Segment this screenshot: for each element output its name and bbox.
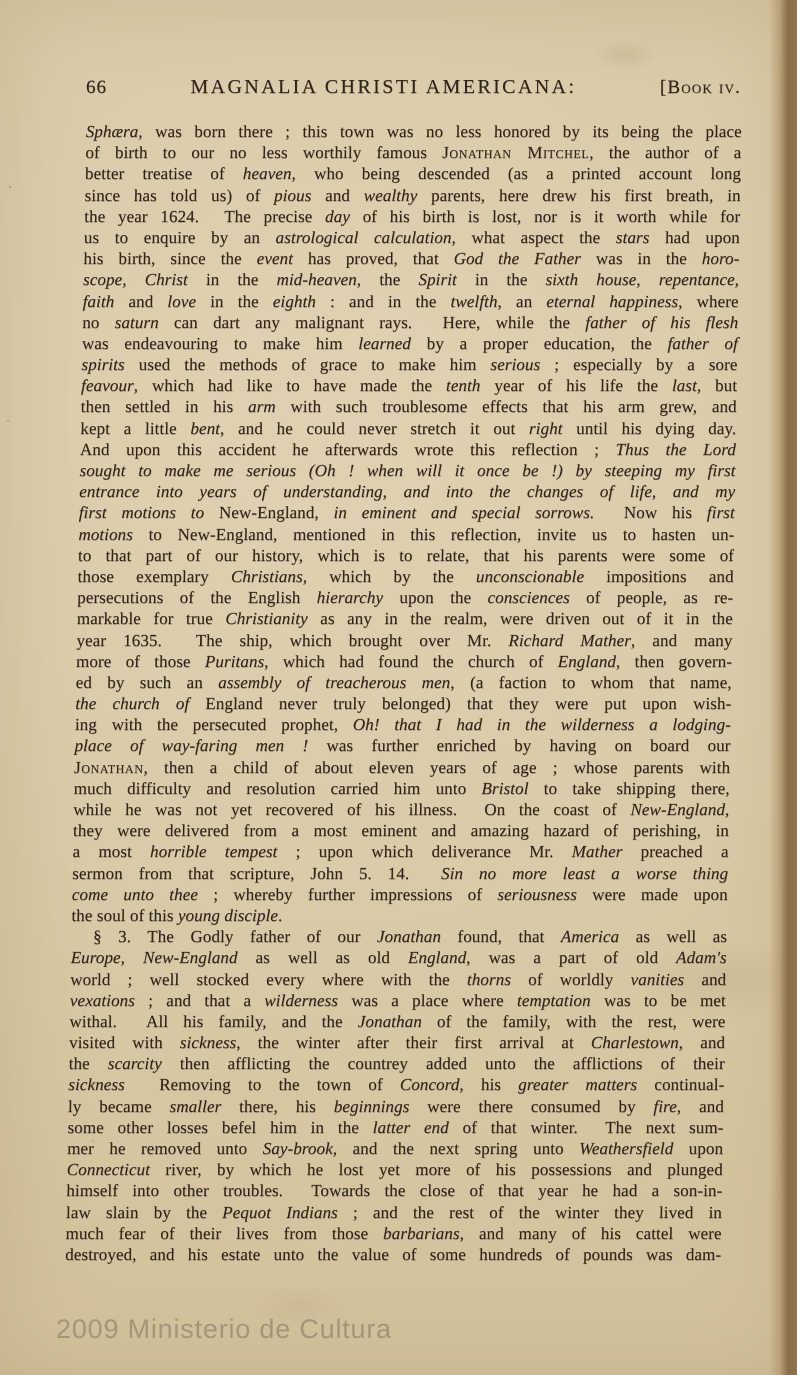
text-segment: impositions and — [584, 567, 734, 586]
text-line: place of way-faring men ! was further en… — [74, 735, 730, 756]
text-segment-i: love — [167, 292, 196, 311]
text-segment: was in the — [581, 249, 702, 268]
text-segment: visited with — [69, 1033, 180, 1052]
text-segment: , then govern- — [616, 652, 732, 671]
text-segment: in the — [457, 270, 546, 289]
text-segment: , and many of his cattel were — [460, 1224, 722, 1243]
text-segment: ; and the rest of the winter they lived … — [338, 1203, 722, 1222]
text-segment: New-England, — [204, 503, 334, 522]
text-line: markable for true Christianity as any in… — [77, 608, 733, 629]
text-segment-i: horo- — [702, 249, 740, 268]
text-segment-i: scope, Christ — [83, 270, 188, 289]
text-segment-i: astrological calculation — [275, 228, 451, 247]
text-segment: of worldly — [511, 970, 631, 989]
text-segment: , (a faction to whom that name, — [450, 673, 732, 692]
text-line: world ; well stocked every where with th… — [70, 969, 726, 990]
text-segment: , and — [677, 1097, 724, 1116]
text-segment-i: smaller — [169, 1097, 221, 1116]
text-segment: , the winter after their first arrival a… — [236, 1033, 591, 1052]
text-segment: , and the next spring unto — [333, 1139, 580, 1158]
text-segment: world ; well stocked every where with th… — [70, 970, 467, 989]
page-body: Sphæra, was born there ; this town was n… — [65, 121, 742, 1265]
text-line: ly became smaller there, his beginnings … — [68, 1096, 724, 1117]
text-line: first motions to New-England, in eminent… — [79, 502, 735, 523]
text-segment-i: unconscionable — [476, 567, 584, 586]
text-segment: by a proper education, the — [411, 334, 668, 353]
text-segment-i: Christianity — [225, 609, 308, 628]
text-segment-i: pious — [274, 186, 312, 205]
text-segment-i: temptation — [517, 991, 591, 1010]
text-segment: in the — [196, 292, 273, 311]
text-segment: were there consumed by — [409, 1097, 653, 1116]
text-segment-i: thorns — [467, 970, 511, 989]
text-line: to that part of our history, which is to… — [78, 545, 734, 566]
text-segment: there, his — [221, 1097, 334, 1116]
text-line: kept a little bent, and he could never s… — [80, 418, 736, 439]
text-segment-i: beginnings — [334, 1097, 410, 1116]
text-segment: of his birth is lost, nor is it worth wh… — [350, 207, 741, 226]
text-segment: , who being descended (as a printed acco… — [291, 164, 741, 183]
text-segment: until his dying day. — [562, 419, 736, 438]
text-segment: ; whereby further impressions of — [198, 885, 498, 904]
text-line: feavour, which had like to have made the… — [81, 375, 737, 396]
text-segment: , and he could never stretch it out — [220, 419, 529, 438]
text-segment-i: Europe, New-England — [70, 948, 237, 967]
text-segment: , which had found the church of — [264, 652, 558, 671]
text-segment: , was a part of old — [466, 948, 676, 967]
watermark-text: 2009 Ministerio de Cultura — [56, 1314, 392, 1345]
text-segment-i: Spirit — [418, 270, 457, 289]
text-line: spirits used the methods of grace to mak… — [81, 354, 737, 375]
text-segment: his birth, since the — [83, 249, 257, 268]
text-segment: those exemplary — [77, 567, 231, 586]
text-segment: in the — [188, 270, 277, 289]
text-segment: us to enquire by an — [84, 228, 276, 247]
text-segment: of birth to our no less worthily famous — [85, 143, 442, 162]
text-segment: law slain by the — [66, 1203, 223, 1222]
text-segment: , where — [678, 292, 739, 311]
text-segment: and — [684, 970, 726, 989]
text-line: sought to make me serious (Oh ! when wil… — [79, 460, 735, 481]
text-line: destroyed, and his estate unto the value… — [65, 1244, 721, 1265]
text-segment: persecutions of the English — [77, 588, 317, 607]
book-page: 66 MAGNALIA CHRISTI AMERICANA: [Book iv.… — [0, 0, 797, 1375]
text-segment-i: Jonathan — [377, 927, 441, 946]
text-line: Jonathan, then a child of about eleven y… — [74, 757, 730, 778]
text-line: no saturn can dart any malignant rays. H… — [82, 312, 738, 333]
text-line: law slain by the Pequot Indians ; and th… — [66, 1202, 722, 1223]
text-segment-i: event — [257, 249, 294, 268]
text-line: while he was not yet recovered of his il… — [73, 799, 729, 820]
page-number: 66 — [86, 77, 107, 99]
text-segment: , was born there ; this town was no less… — [138, 122, 742, 141]
text-segment: as any in the realm, were driven out of … — [308, 609, 733, 628]
text-line: they were delivered from a most eminent … — [73, 820, 729, 841]
text-segment: then settled in his — [81, 397, 249, 416]
text-segment: more of those — [76, 652, 205, 671]
text-segment: river, by which he lost yet more of his … — [150, 1160, 723, 1179]
text-segment-i: place of way-faring men ! — [74, 736, 308, 755]
text-segment: ; and that a — [135, 991, 265, 1010]
text-segment-i: right — [529, 419, 563, 438]
running-title: MAGNALIA CHRISTI AMERICANA: — [190, 76, 576, 99]
text-segment-i: wealthy — [364, 186, 418, 205]
text-segment-i: hierarchy — [317, 588, 384, 607]
text-segment-i: Concord — [400, 1075, 460, 1094]
text-segment-i: first motions to — [79, 503, 205, 522]
text-segment: of the family, with the rest, were — [422, 1012, 726, 1031]
text-segment: ed by such an — [76, 673, 219, 692]
text-segment: , his — [459, 1075, 518, 1094]
text-segment-i: Jonathan — [358, 1012, 422, 1031]
text-line: much fear of their lives from those barb… — [65, 1223, 721, 1244]
text-segment-i: assembly of treacherous men — [218, 673, 451, 692]
text-segment: upon the — [383, 588, 488, 607]
text-segment-i: arm — [248, 397, 276, 416]
text-segment-i: repentance, — [659, 270, 740, 289]
text-line: faith and love in the eighth : and in th… — [83, 291, 739, 312]
text-segment: to take shipping there, — [528, 779, 730, 798]
text-segment: the year 1624. The precise — [84, 207, 325, 226]
text-segment-i: New-England — [630, 800, 725, 819]
text-segment-i: tenth — [446, 376, 481, 395]
text-line: sermon from that scripture, John 5. 14. … — [72, 863, 728, 884]
text-segment-i: greater matters — [518, 1075, 637, 1094]
text-segment-i: faith — [83, 292, 115, 311]
text-segment-i: serious — [490, 355, 540, 374]
text-segment: better treatise of — [85, 164, 243, 183]
book-label: [Book iv. — [660, 77, 741, 99]
text-segment-i: spirits — [81, 355, 125, 374]
text-segment: since has told us) of — [84, 186, 274, 205]
text-segment: : and in the — [316, 292, 451, 311]
text-segment: upon — [673, 1139, 723, 1158]
text-line: of birth to our no less worthily famous … — [85, 142, 741, 163]
text-line: since has told us) of pious and wealthy … — [84, 185, 740, 206]
text-segment-i: Adam's — [676, 948, 727, 967]
text-line: his birth, since the event has proved, t… — [83, 248, 739, 269]
text-segment-i: sixth house — [545, 270, 636, 289]
text-segment: and — [311, 186, 364, 205]
text-line: mer he removed unto Say-brook, and the n… — [67, 1138, 723, 1159]
text-segment: of people, as re- — [570, 588, 734, 607]
text-line: year 1635. The ship, which brought over … — [76, 630, 732, 651]
text-segment: year of his life the — [480, 376, 672, 395]
text-segment-sc: Jonathan Mitchel — [442, 143, 589, 162]
text-segment: , and many — [631, 631, 733, 650]
text-line: ing with the persecuted prophet, Oh! tha… — [75, 714, 731, 735]
text-segment: with such troublesome effects that his a… — [276, 397, 737, 416]
text-line: scope, Christ in the mid-heaven, the Spi… — [83, 269, 739, 290]
text-segment: can dart any malignant rays. Here, while… — [159, 313, 586, 332]
text-segment-i: father of his flesh — [585, 313, 738, 332]
text-segment-i: Sin no more least a worse thing — [441, 864, 728, 883]
text-segment: was endeavouring to make him — [82, 334, 359, 353]
text-line: the church of England never truly belong… — [75, 693, 731, 714]
text-segment-i: Say-brook — [263, 1139, 333, 1158]
text-segment: mer he removed unto — [67, 1139, 263, 1158]
text-segment-i: feavour — [81, 376, 134, 395]
text-segment-i: Connecticut — [67, 1160, 151, 1179]
text-segment-i: first — [707, 503, 735, 522]
text-segment: sermon from that scripture, John 5. 14. — [72, 864, 441, 883]
text-segment: , and — [679, 1033, 726, 1052]
text-segment-i: come unto thee — [72, 885, 199, 904]
text-segment-i: scarcity — [108, 1054, 162, 1073]
text-segment: had upon — [649, 228, 740, 247]
text-segment-i: entrance into years of understanding, an… — [79, 482, 735, 501]
text-segment-i: saturn — [115, 313, 159, 332]
text-segment-i: eternal happiness — [546, 292, 678, 311]
text-segment: , — [636, 270, 659, 289]
text-line: the year 1624. The precise day of his bi… — [84, 206, 740, 227]
text-segment: as well as old — [237, 948, 408, 967]
text-segment-i: seriousness — [497, 885, 577, 904]
text-line: then settled in his arm with such troubl… — [81, 396, 737, 417]
text-segment: ; especially by a sore — [540, 355, 738, 374]
text-segment-i: America — [561, 927, 620, 946]
text-line: sickness Removing to the town of Concord… — [68, 1074, 724, 1095]
text-segment: they were delivered from a most eminent … — [73, 821, 729, 840]
text-segment-i: horrible tempest — [150, 842, 278, 861]
text-segment-i: sickness — [68, 1075, 125, 1094]
text-segment: withal. All his family, and the — [69, 1012, 358, 1031]
text-segment: year 1635. The ship, which brought over … — [76, 631, 508, 650]
text-segment-i: Mather — [572, 842, 623, 861]
text-segment-i: young disciple — [178, 906, 278, 925]
text-line: visited with sickness, the winter after … — [69, 1032, 725, 1053]
text-segment: preached a — [622, 842, 729, 861]
text-segment: Now his — [594, 503, 707, 522]
text-segment: § 3. The Godly father of our — [93, 927, 377, 946]
text-line: persecutions of the English hierarchy up… — [77, 587, 733, 608]
text-segment-i: eighth — [273, 292, 316, 311]
page-header: 66 MAGNALIA CHRISTI AMERICANA: [Book iv. — [86, 76, 741, 99]
text-segment-i: Richard Mather — [508, 631, 631, 650]
text-segment-i: bent — [190, 419, 220, 438]
text-segment: then afflicting the countrey added unto … — [162, 1054, 725, 1073]
text-line: better treatise of heaven, who being des… — [85, 163, 741, 184]
text-line: vexations ; and that a wilderness was a … — [70, 990, 726, 1011]
text-segment-i: the church of — [75, 694, 189, 713]
text-segment: parents, here drew his first breath, in — [417, 186, 741, 205]
text-segment: found, that — [441, 927, 561, 946]
text-segment: ly became — [68, 1097, 170, 1116]
text-line: § 3. The Godly father of our Jonathan fo… — [71, 926, 727, 947]
text-segment: , what aspect the — [451, 228, 616, 247]
text-segment-i: England — [408, 948, 467, 967]
text-segment: , which had like to have made the — [134, 376, 447, 395]
text-segment-i: Pequot Indians — [222, 1203, 338, 1222]
page-edge-shadow — [769, 0, 797, 1375]
text-segment-i: in eminent and special sorrows. — [333, 503, 594, 522]
text-segment: was further enriched by having on board … — [308, 736, 731, 755]
text-segment-i: Oh! that I had in the wilderness a lodgi… — [353, 715, 731, 734]
text-segment: , the author of a — [589, 143, 741, 162]
text-line: ed by such an assembly of treacherous me… — [76, 672, 732, 693]
text-line: Sphæra, was born there ; this town was n… — [86, 121, 742, 142]
text-line: himself into other troubles. Towards the… — [66, 1180, 722, 1201]
text-segment: , which by the — [303, 567, 477, 586]
text-segment: and — [114, 292, 167, 311]
text-segment: , then a child of about eleven years of … — [143, 758, 730, 777]
text-segment: himself into other troubles. Towards the… — [66, 1181, 722, 1200]
text-segment-i: heaven — [243, 164, 292, 183]
text-segment-sc: Jonathan — [74, 758, 144, 777]
text-segment: no — [82, 313, 115, 332]
text-segment: as well as — [619, 927, 727, 946]
text-segment: a most — [72, 842, 150, 861]
text-segment: , the — [357, 270, 419, 289]
text-line: And upon this accident he afterwards wro… — [80, 439, 736, 460]
text-segment: the soul of this — [71, 906, 178, 925]
text-segment: of that winter. The next sum- — [449, 1118, 724, 1137]
text-line: some other losses befel him in the latte… — [67, 1117, 723, 1138]
text-segment-i: last — [672, 376, 697, 395]
text-segment-i: Puritans — [205, 652, 265, 671]
text-line: us to enquire by an astrological calcula… — [84, 227, 740, 248]
text-segment-i: vexations — [70, 991, 135, 1010]
text-segment-i: Thus the Lord — [615, 440, 736, 459]
text-segment-i: Bristol — [481, 779, 528, 798]
text-segment-i: God the Father — [453, 249, 581, 268]
text-segment-i: fire — [653, 1097, 677, 1116]
text-line: the soul of this young disciple. — [71, 905, 727, 926]
text-segment-i: twelfth — [450, 292, 497, 311]
text-line: withal. All his family, and the Jonathan… — [69, 1011, 725, 1032]
text-segment-i: sought to make me serious (Oh ! when wil… — [79, 461, 735, 480]
text-segment: , an — [497, 292, 546, 311]
text-segment-i: latter end — [373, 1118, 449, 1137]
text-line: entrance into years of understanding, an… — [79, 481, 735, 502]
text-line: those exemplary Christians, which by the… — [77, 566, 733, 587]
text-segment: were made upon — [577, 885, 728, 904]
text-segment: has proved, that — [293, 249, 454, 268]
text-segment-i: father of — [667, 334, 738, 353]
text-segment-i: day — [325, 207, 350, 226]
text-segment: to that part of our history, which is to… — [78, 546, 734, 565]
text-segment: markable for true — [77, 609, 226, 628]
text-segment-i: Charlestown — [591, 1033, 679, 1052]
text-segment: the — [69, 1054, 108, 1073]
text-segment-i: wilderness — [264, 991, 338, 1010]
text-segment: used the methods of grace to make him — [125, 355, 491, 374]
text-line: a most horrible tempest ; upon which del… — [72, 841, 728, 862]
text-line: the scarcity then afflicting the countre… — [69, 1053, 725, 1074]
text-line: much difficulty and resolution carried h… — [74, 778, 730, 799]
text-segment: continual- — [637, 1075, 724, 1094]
text-segment-i: barbarians — [383, 1224, 460, 1243]
text-segment: And upon this accident he afterwards wro… — [80, 440, 616, 459]
text-line: Europe, New-England as well as old Engla… — [70, 947, 726, 968]
text-segment: some other losses befel him in the — [67, 1118, 373, 1137]
text-segment-i: Weathersfield — [579, 1139, 674, 1158]
text-segment-i: mid-heaven — [276, 270, 357, 289]
text-line: motions to New-England, mentioned in thi… — [78, 524, 734, 545]
text-segment: while he was not yet recovered of his il… — [73, 800, 630, 819]
text-segment-i: motions — [78, 525, 133, 544]
text-line: more of those Puritans, which had found … — [76, 651, 732, 672]
text-segment: ing with the persecuted prophet, — [75, 715, 353, 734]
text-segment: Removing to the town of — [125, 1075, 400, 1094]
text-segment: much fear of their lives from those — [65, 1224, 383, 1243]
text-segment: ; upon which deliverance Mr. — [277, 842, 572, 861]
text-segment: was to be met — [591, 991, 726, 1010]
text-segment-i: Sphæra — [86, 122, 139, 141]
text-segment-i: vanities — [630, 970, 684, 989]
text-segment-i: stars — [616, 228, 650, 247]
text-line: come unto thee ; whereby further impress… — [72, 884, 728, 905]
text-segment: . — [278, 906, 283, 925]
text-segment-i: England — [558, 652, 617, 671]
text-segment: to New-England, mentioned in this reflec… — [133, 525, 735, 544]
text-segment: , but — [697, 376, 738, 395]
text-segment: was a place where — [338, 991, 517, 1010]
text-segment: England never truly belonged) that they … — [189, 694, 731, 713]
text-segment-i: consciences — [487, 588, 570, 607]
text-segment: destroyed, and his estate unto the value… — [65, 1245, 721, 1264]
text-segment: kept a little — [80, 419, 190, 438]
text-segment-i: learned — [358, 334, 411, 353]
text-line: Connecticut river, by which he lost yet … — [67, 1159, 723, 1180]
text-segment-i: Christians — [231, 567, 303, 586]
text-segment-i: sickness — [180, 1033, 237, 1052]
text-segment: much difficulty and resolution carried h… — [74, 779, 482, 798]
text-line: was endeavouring to make him learned by … — [82, 333, 738, 354]
text-segment: , — [725, 800, 730, 819]
